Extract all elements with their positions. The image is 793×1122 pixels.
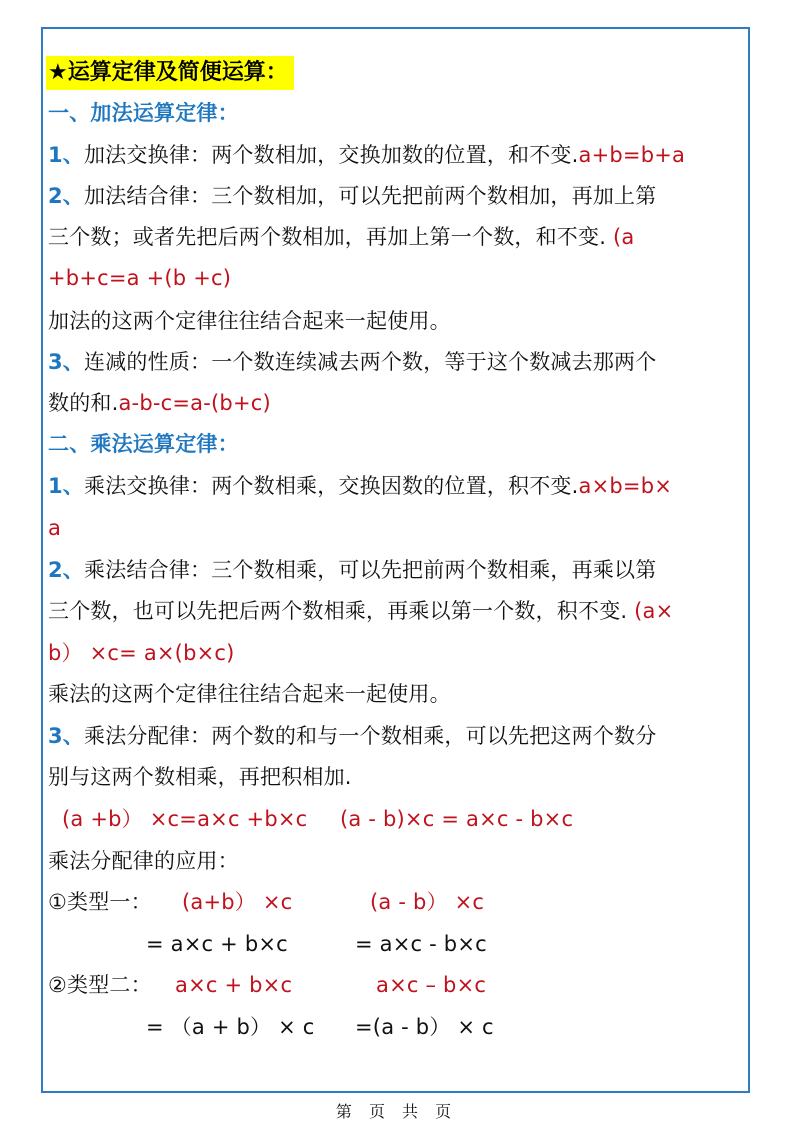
item-number: 2、 xyxy=(48,184,84,208)
addition-associative-line1: 2、加法结合律：三个数相加，可以先把前两个数相加，再加上第 xyxy=(48,182,656,210)
addition-associative-line2: 三个数；或者先把后两个数相加，再加上第一个数，和不变. (a xyxy=(48,223,634,251)
item-text: 加法交换律：两个数相加，交换加数的位置，和不变. xyxy=(84,143,578,167)
distributive-line2: 别与这两个数相乘，再把积相加. xyxy=(48,763,352,791)
formula: a+b=b+a xyxy=(579,143,686,167)
item-number: 1、 xyxy=(48,474,84,498)
item-text: 三个数，也可以先把后两个数相乘，再乘以第一个数，积不变. xyxy=(48,599,634,623)
type1-expr1: (a+b） ×c xyxy=(182,888,292,916)
item-text: 乘法分配律：两个数的和与一个数相乘，可以先把这两个数分 xyxy=(84,724,656,748)
item-text: 连减的性质：一个数连续减去两个数，等于这个数减去那两个 xyxy=(84,350,656,374)
distributive-formula-2: (a - b)×c = a×c - b×c xyxy=(340,805,573,833)
addition-commutative: 1、加法交换律：两个数相加，交换加数的位置，和不变.a+b=b+a xyxy=(48,141,685,169)
type1-result1: = a×c + b×c xyxy=(146,930,288,958)
formula: (a xyxy=(613,225,634,249)
type1-expr2: (a - b） ×c xyxy=(370,888,484,916)
item-number: 1、 xyxy=(48,143,84,167)
item-text: 三个数；或者先把后两个数相加，再加上第一个数，和不变. xyxy=(48,225,613,249)
type1-label: ①类型一： xyxy=(48,888,152,916)
type1-result2: = a×c - b×c xyxy=(355,930,487,958)
multiplication-associative-line1: 2、乘法结合律：三个数相乘，可以先把前两个数相乘，再乘以第 xyxy=(48,556,656,584)
item-text: 乘法结合律：三个数相乘，可以先把前两个数相乘，再乘以第 xyxy=(84,558,656,582)
distributive-formula-1: (a +b） ×c=a×c +b×c xyxy=(62,805,307,833)
addition-associative-formula: +b+c=a +(b +c) xyxy=(48,264,231,292)
section-heading-addition: 一、加法运算定律： xyxy=(48,99,239,127)
multiplication-note: 乘法的这两个定律往往结合起来一起使用。 xyxy=(48,680,451,708)
type2-result1: = （a + b） × c xyxy=(146,1013,315,1041)
type2-label: ②类型二： xyxy=(48,971,152,999)
item-text: 乘法交换律：两个数相乘，交换因数的位置，积不变. xyxy=(84,474,578,498)
distributive-line1: 3、乘法分配律：两个数的和与一个数相乘，可以先把这两个数分 xyxy=(48,722,656,750)
item-text: 加法结合律：三个数相加，可以先把前两个数相加，再加上第 xyxy=(84,184,656,208)
formula: (a× xyxy=(634,599,673,623)
formula: a×b=b× xyxy=(579,474,673,498)
subtraction-property-line2: 数的和.a-b-c=a-(b+c) xyxy=(48,389,271,417)
multiplication-commutative: 1、乘法交换律：两个数相乘，交换因数的位置，积不变.a×b=b× xyxy=(48,472,672,500)
application-label: 乘法分配律的应用： xyxy=(48,847,239,875)
subtraction-property-line1: 3、连减的性质：一个数连续减去两个数，等于这个数减去那两个 xyxy=(48,348,656,376)
type2-expr2: a×c – b×c xyxy=(376,971,486,999)
page-title: ★运算定律及简便运算： xyxy=(46,56,294,90)
type2-expr1: a×c + b×c xyxy=(175,971,292,999)
type2-result2: =(a - b） × c xyxy=(355,1013,494,1041)
item-number: 3、 xyxy=(48,724,84,748)
addition-note: 加法的这两个定律往往结合起来一起使用。 xyxy=(48,307,451,335)
item-number: 3、 xyxy=(48,350,84,374)
item-text: 数的和. xyxy=(48,391,118,415)
formula: a-b-c=a-(b+c) xyxy=(118,391,270,415)
item-number: 2、 xyxy=(48,558,84,582)
multiplication-associative-formula: b） ×c= a×(b×c) xyxy=(48,639,235,667)
page-footer: 第 页 共 页 xyxy=(0,1099,793,1122)
multiplication-associative-line2: 三个数，也可以先把后两个数相乘，再乘以第一个数，积不变. (a× xyxy=(48,597,673,625)
multiplication-commutative-formula-end: a xyxy=(48,514,61,542)
section-heading-multiplication: 二、乘法运算定律： xyxy=(48,430,239,458)
